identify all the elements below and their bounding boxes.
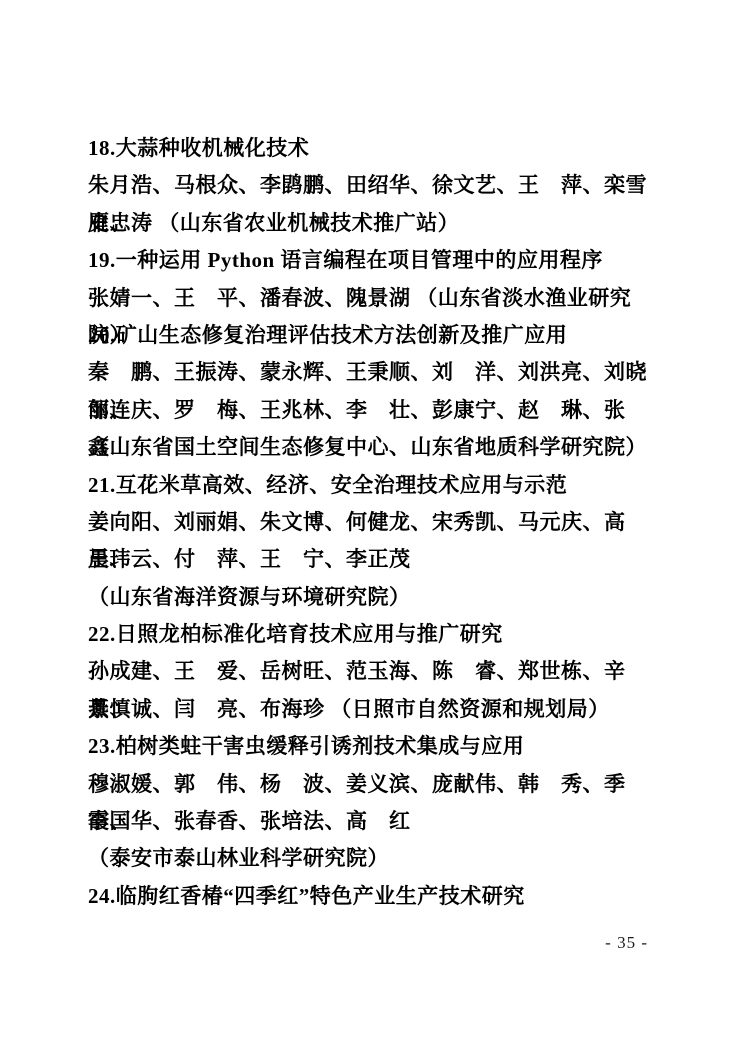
text-line-authors: 史忠涛 （山东省农业机械技术推广站）: [88, 205, 648, 242]
page-number: - 35 -: [605, 933, 648, 953]
text-line-authors: 秦 鹏、王振涛、蒙永辉、王秉顺、刘 洋、刘洪亮、刘晓丽、: [88, 354, 648, 391]
text-line-authors: 景慎诚、闫 亮、布海珍 （日照市自然资源和规划局）: [88, 691, 648, 728]
document-page: 18.大蒜种收机械化技术朱月浩、马根众、李鹍鹏、田绍华、徐文艺、王 萍、栾雪雁、…: [0, 0, 734, 1042]
text-line-institution: （泰安市泰山林业科学研究院）: [88, 840, 648, 877]
text-line-authors: 姜向阳、刘丽娟、朱文博、何健龙、宋秀凯、马元庆、高 晨、: [88, 504, 648, 541]
text-line-title: 20.矿山生态修复治理评估技术方法创新及推广应用: [88, 317, 648, 354]
text-line-authors: 朱月浩、马根众、李鹍鹏、田绍华、徐文艺、王 萍、栾雪雁、: [88, 167, 648, 204]
text-line-title: 18.大蒜种收机械化技术: [88, 130, 648, 167]
text-line-authors: 李国华、张春香、张培法、高 红: [88, 803, 648, 840]
document-body: 18.大蒜种收机械化技术朱月浩、马根众、李鹍鹏、田绍华、徐文艺、王 萍、栾雪雁、…: [88, 130, 648, 915]
text-line-authors: 张婧一、王 平、潘春波、隗景湖 （山东省淡水渔业研究院）: [88, 280, 648, 317]
text-line-title: 19.一种运用 Python 语言编程在项目管理中的应用程序: [88, 242, 648, 279]
text-line-title: 24.临朐红香椿“四季红”特色产业生产技术研究: [88, 878, 648, 915]
text-line-title: 23.柏树类蛀干害虫缓释引诱剂技术集成与应用: [88, 728, 648, 765]
text-line-title: 22.日照龙柏标准化培育技术应用与推广研究: [88, 616, 648, 653]
text-line-title: 21.互花米草高效、经济、安全治理技术应用与示范: [88, 467, 648, 504]
text-line-institution: （山东省国土空间生态修复中心、山东省地质科学研究院）: [88, 429, 648, 466]
text-line-authors: 孙成建、王 爱、岳树旺、范玉海、陈 睿、郑世栋、辛 燕、: [88, 653, 648, 690]
text-line-institution: （山东省海洋资源与环境研究院）: [88, 579, 648, 616]
text-line-authors: 王玮云、付 萍、王 宁、李正茂: [88, 541, 648, 578]
text-line-authors: 邹连庆、罗 梅、王兆林、李 壮、彭康宁、赵 琳、张 鑫: [88, 392, 648, 429]
text-line-authors: 穆淑媛、郭 伟、杨 波、姜义滨、庞献伟、韩 秀、季 霞、: [88, 766, 648, 803]
